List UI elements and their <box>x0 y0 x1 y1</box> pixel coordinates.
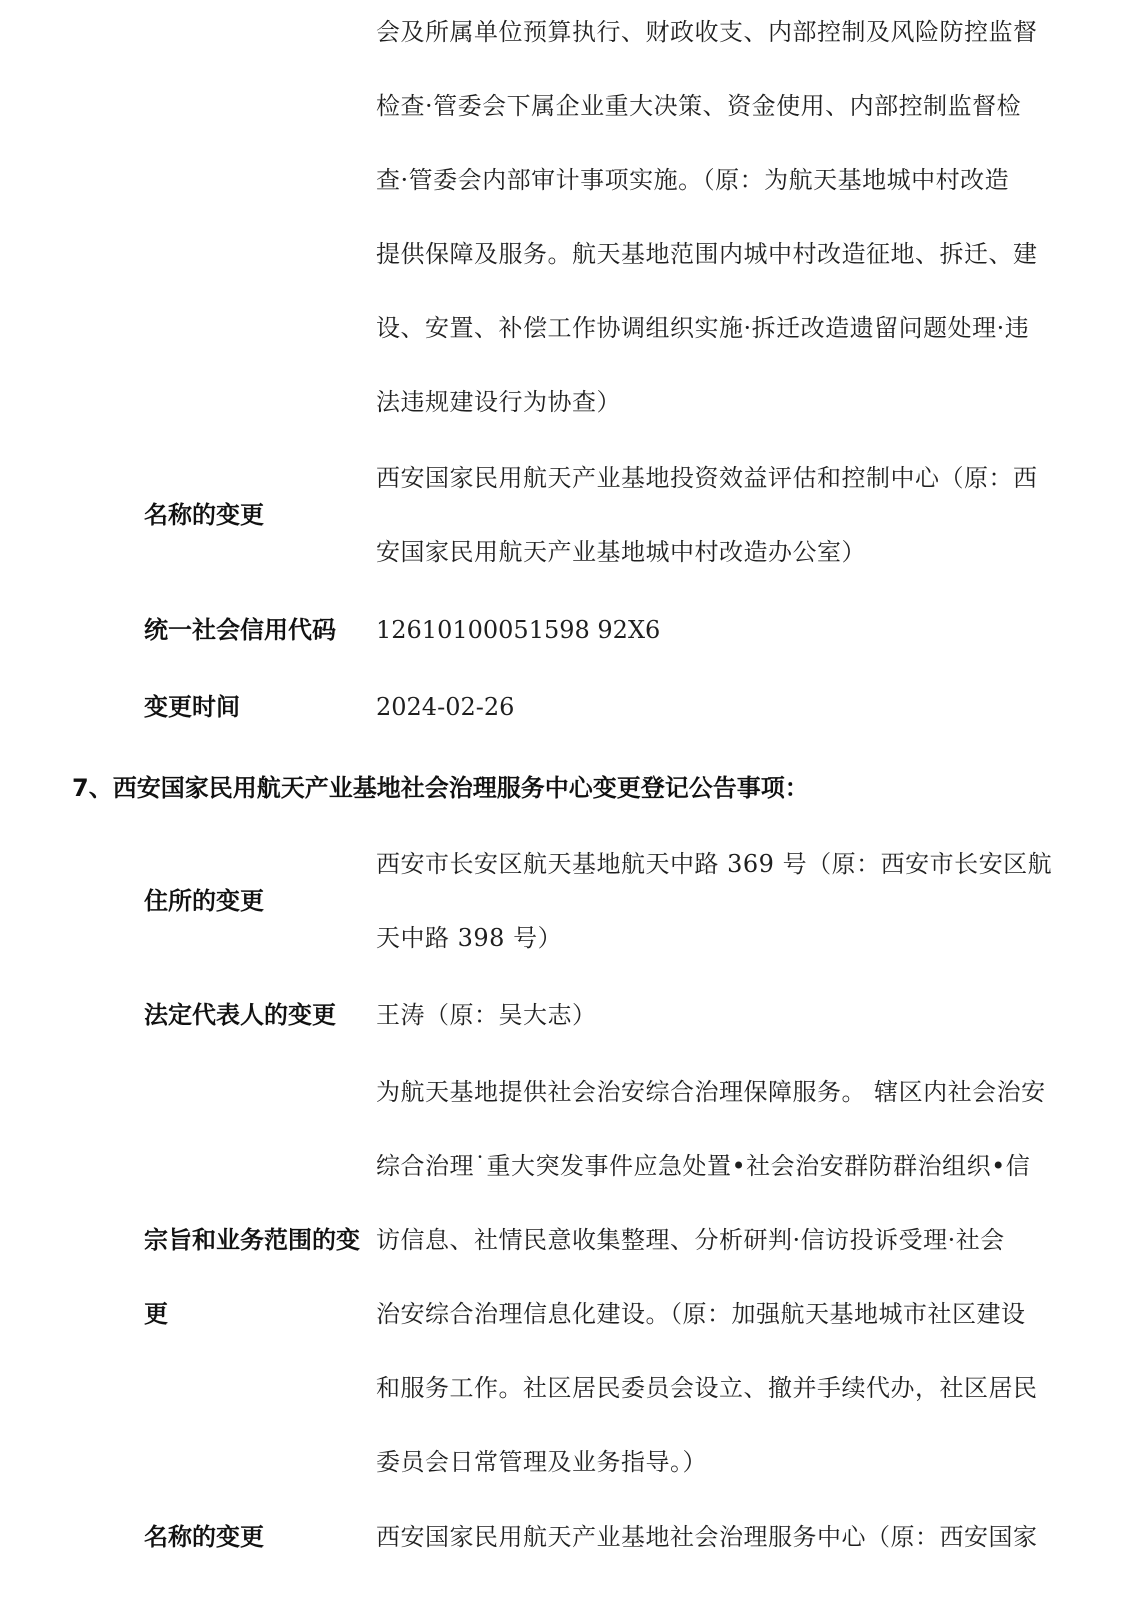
name-change-value-line: 西安国家民用航天产业基地投资效益评估和控制中心（原：西 <box>376 463 1038 493</box>
scope-change-label-line2: 更 <box>144 1299 168 1329</box>
scope-text-line: 法违规建设行为协查） <box>376 387 621 417</box>
scope-text-line: 会及所属单位预算执行、财政收支、内部控制及风险防控监督 <box>376 17 1038 47</box>
credit-code-label: 统一社会信用代码 <box>144 615 336 645</box>
name-change-value: 西安国家民用航天产业基地社会治理服务中心（原：西安国家 <box>376 1522 1038 1552</box>
section-heading: 7、西安国家民用航天产业基地社会治理服务中心变更登记公告事项： <box>72 773 809 803</box>
change-date-value: 2024-02-26 <box>376 692 514 722</box>
scope-text-line: 查·管委会内部审计事项实施。（原：为航天基地城中村改造 <box>376 165 1009 195</box>
scope-change-value-line: 访信息、社情民意收集整理、分析研判·信访投诉受理·社会 <box>376 1225 1005 1255</box>
change-date-label: 变更时间 <box>144 692 240 722</box>
scope-change-value-line: 为航天基地提供社会治安综合治理保障服务。 辖区内社会治安 <box>376 1077 1046 1107</box>
legal-rep-change-value: 王涛（原：吴大志） <box>376 1000 597 1030</box>
scope-change-value-line: 综合治理˙重大突发事件应急处置•社会治安群防群治组织•信 <box>376 1151 1030 1181</box>
scope-change-value-line: 治安综合治理信息化建设。（原：加强航天基地城市社区建设 <box>376 1299 1026 1329</box>
address-change-value-line: 天中路 398 号） <box>376 923 562 953</box>
scope-text-line: 检查·管委会下属企业重大决策、资金使用、内部控制监督检 <box>376 91 1021 121</box>
legal-rep-change-label: 法定代表人的变更 <box>144 1000 336 1030</box>
name-change-label: 名称的变更 <box>144 500 264 530</box>
scope-text-line: 设、安置、补偿工作协调组织实施·拆迁改造遗留问题处理·违 <box>376 313 1029 343</box>
scope-change-label-line1: 宗旨和业务范围的变 <box>144 1225 360 1255</box>
scope-change-value-line: 和服务工作。社区居民委员会设立、撤并手续代办，社区居民 <box>376 1373 1038 1403</box>
address-change-label: 住所的变更 <box>144 886 264 916</box>
address-change-value-line: 西安市长安区航天基地航天中路 369 号（原：西安市长安区航 <box>376 849 1052 879</box>
name-change-label: 名称的变更 <box>144 1522 264 1552</box>
name-change-value-line: 安国家民用航天产业基地城中村改造办公室） <box>376 537 866 567</box>
scope-text-line: 提供保障及服务。航天基地范围内城中村改造征地、拆迁、建 <box>376 239 1038 269</box>
credit-code-value: 12610100051598 92X6 <box>376 615 660 645</box>
scope-change-value-line: 委员会日常管理及业务指导。） <box>376 1447 707 1477</box>
